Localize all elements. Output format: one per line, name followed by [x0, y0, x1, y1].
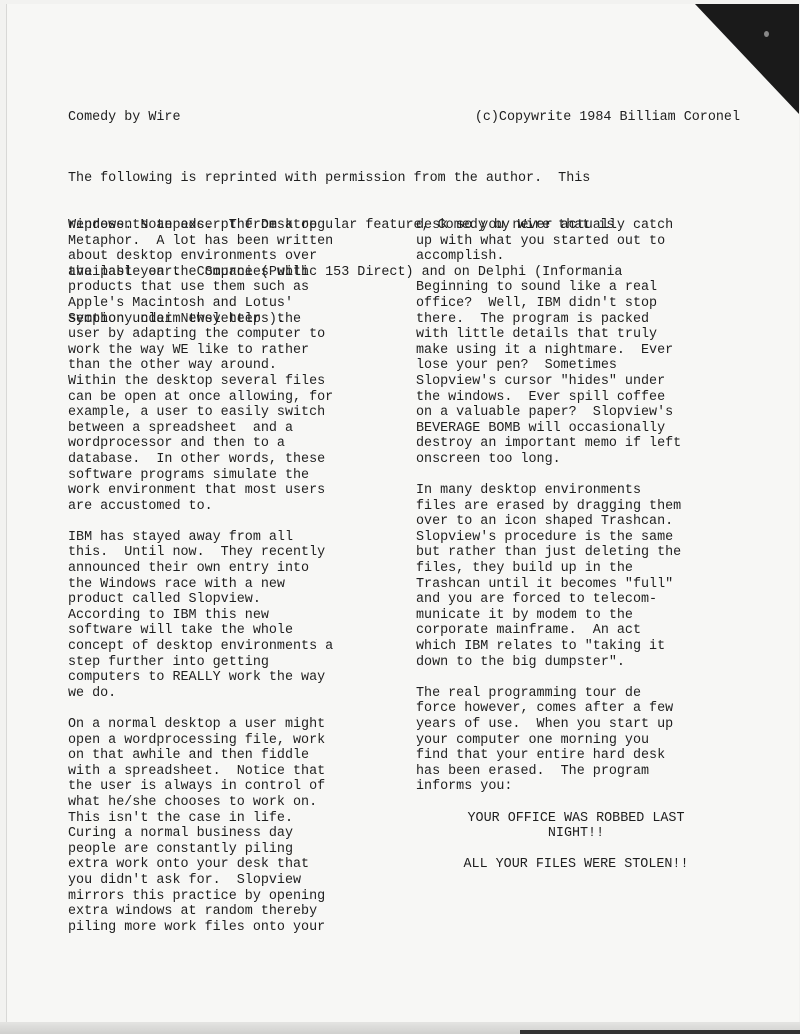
text-line: up with what you started out to [416, 234, 726, 250]
corner-speck [764, 31, 769, 37]
document-title: Comedy by Wire [68, 110, 181, 126]
text-line: Slopview's cursor "hides" under [416, 374, 726, 390]
text-line: This isn't the case in life. [68, 811, 333, 827]
text-line: accomplish. [416, 249, 726, 265]
article-paragraph: On a normal desktop a user mightopen a w… [68, 717, 333, 935]
text-line: Beginning to sound like a real [416, 280, 726, 296]
text-line: than the other way around. [68, 358, 333, 374]
text-line: people are constantly piling [68, 842, 333, 858]
text-line: Curing a normal business day [68, 826, 333, 842]
text-line: we do. [68, 686, 333, 702]
text-line: you didn't ask for. Slopview [68, 873, 333, 889]
robbed-message: YOUR OFFICE WAS ROBBED LAST NIGHT!! [426, 811, 726, 842]
text-line: years of use. When you start up [416, 717, 726, 733]
article-paragraph: Beginning to sound like a realoffice? We… [416, 280, 726, 467]
text-line: municate it by modem to the [416, 608, 726, 624]
text-line: software programs simulate the [68, 468, 333, 484]
article-paragraph: In many desktop environmentsfiles are er… [416, 483, 726, 670]
text-line: which IBM relates to "taking it [416, 639, 726, 655]
text-line: In many desktop environments [416, 483, 726, 499]
text-line: step further into getting [68, 655, 333, 671]
text-line: over to an icon shaped Trashcan. [416, 514, 726, 530]
text-line: software will take the whole [68, 623, 333, 639]
text-line: the user is always in control of [68, 779, 333, 795]
text-line: The real programming tour de [416, 686, 726, 702]
text-line: work the way WE like to rather [68, 343, 333, 359]
text-line: can be open at once allowing, for [68, 390, 333, 406]
right-column: desk so you never actually catchup with … [416, 218, 726, 889]
text-line: force however, comes after a few [416, 701, 726, 717]
text-line: work environment that most users [68, 483, 333, 499]
text-line: Windows. Notepads. The Desktop [68, 218, 333, 234]
text-line: lose your pen? Sometimes [416, 358, 726, 374]
text-line: computers to REALLY work the way [68, 670, 333, 686]
text-line: On a normal desktop a user might [68, 717, 333, 733]
text-line: files are erased by dragging them [416, 499, 726, 515]
article-paragraph: The real programming tour deforce howeve… [416, 686, 726, 795]
text-line: your computer one morning you [416, 733, 726, 749]
text-line: office? Well, IBM didn't stop [416, 296, 726, 312]
text-line: user by adapting the computer to [68, 327, 333, 343]
text-line: on a valuable paper? Slopview's [416, 405, 726, 421]
text-line: there. The program is packed [416, 312, 726, 328]
text-line: the windows. Ever spill coffee [416, 390, 726, 406]
text-line: onscreen too long. [416, 452, 726, 468]
text-line: product called Slopview. [68, 592, 333, 608]
text-line: what he/she chooses to work on. [68, 795, 333, 811]
text-line: between a spreadsheet and a [68, 421, 333, 437]
left-column: Windows. Notepads. The DesktopMetaphor. … [68, 218, 333, 951]
text-line: this. Until now. They recently [68, 545, 333, 561]
text-line: down to the big dumpster". [416, 655, 726, 671]
text-line: extra windows at random thereby [68, 904, 333, 920]
text-line: Apple's Macintosh and Lotus' [68, 296, 333, 312]
text-line: announced their own entry into [68, 561, 333, 577]
intro-line: The following is reprinted with permissi… [68, 171, 622, 187]
text-line: but rather than just deleting the [416, 545, 726, 561]
text-line: IBM has stayed away from all [68, 530, 333, 546]
article-paragraph: desk so you never actually catchup with … [416, 218, 726, 265]
text-line: Slopview's procedure is the same [416, 530, 726, 546]
text-line: Within the desktop several files [68, 374, 333, 390]
article-paragraph: IBM has stayed away from allthis. Until … [68, 530, 333, 702]
text-line: find that your entire hard desk [416, 748, 726, 764]
scanner-shadow [520, 1030, 800, 1034]
text-line: are accustomed to. [68, 499, 333, 515]
text-line: has been erased. The program [416, 764, 726, 780]
stolen-message: ALL YOUR FILES WERE STOLEN!! [426, 857, 726, 873]
text-line: destroy an important memo if left [416, 436, 726, 452]
text-line: corporate mainframe. An act [416, 623, 726, 639]
text-line: desk so you never actually catch [416, 218, 726, 234]
text-line: database. In other words, these [68, 452, 333, 468]
text-line: make using it a nightmare. Ever [416, 343, 726, 359]
text-line: with a spreadsheet. Notice that [68, 764, 333, 780]
text-line: the past year. Companies with [68, 265, 333, 281]
text-line: piling more work files onto your [68, 920, 333, 936]
copyright-notice: (c)Copywrite 1984 Billiam Coronel [416, 110, 740, 126]
page-bottom-edge [0, 1022, 800, 1034]
article-paragraph: Windows. Notepads. The DesktopMetaphor. … [68, 218, 333, 514]
text-line: informs you: [416, 779, 726, 795]
text-line: BEVERAGE BOMB will occasionally [416, 421, 726, 437]
folded-corner [695, 4, 799, 114]
text-line: open a wordprocessing file, work [68, 733, 333, 749]
text-line: products that use them such as [68, 280, 333, 296]
text-line: concept of desktop environments a [68, 639, 333, 655]
text-line: Metaphor. A lot has been written [68, 234, 333, 250]
text-line: Trashcan until it becomes "full" [416, 577, 726, 593]
text-line: According to IBM this new [68, 608, 333, 624]
text-line: Symphony claim they help the [68, 312, 333, 328]
text-line: and you are forced to telecom- [416, 592, 726, 608]
text-line: on that awhile and then fiddle [68, 748, 333, 764]
text-line: about desktop environments over [68, 249, 333, 265]
text-line: wordprocessor and then to a [68, 436, 333, 452]
text-line: files, they build up in the [416, 561, 726, 577]
text-line: mirrors this practice by opening [68, 889, 333, 905]
text-line: example, a user to easily switch [68, 405, 333, 421]
text-line: the Windows race with a new [68, 577, 333, 593]
text-line: with little details that truly [416, 327, 726, 343]
text-line: extra work onto your desk that [68, 857, 333, 873]
